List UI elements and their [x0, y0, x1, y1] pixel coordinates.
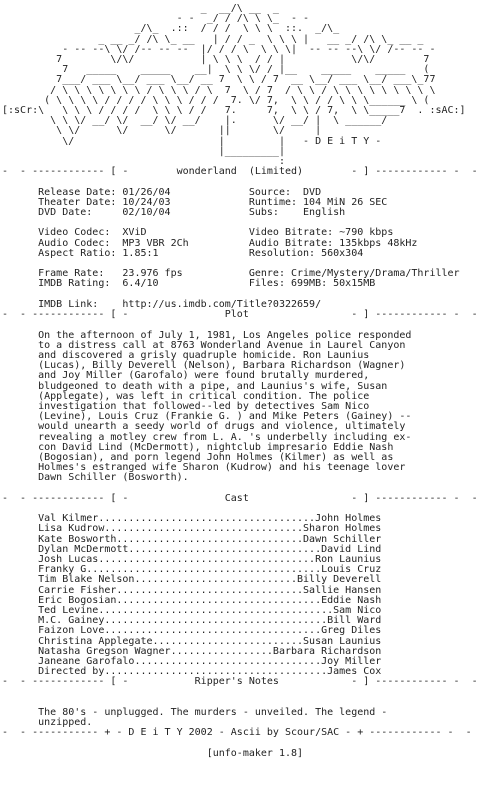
- nfo-document: _ __/\ __ _ - - _/ / /\ \ \_ - - _/\_ .:…: [0, 0, 477, 800]
- ascii-art-banner: _ __/\ __ _ - - _/ / /\ \ \_ - - _/\_ .:…: [2, 4, 477, 167]
- release-info: Release Date: 01/26/04 Source: DVD Theat…: [2, 177, 477, 310]
- notes-section-header: - - ------------ [ - Ripper's Notes - ] …: [2, 677, 477, 687]
- unfo-maker-version: [unfo-maker 1.8]: [2, 739, 477, 759]
- plot-section-header: - - ------------ [ - Plot - ] ----------…: [2, 310, 477, 320]
- plot-text: On the afternoon of July 1, 1981, Los An…: [2, 320, 477, 493]
- notes-text: The 80's - unplugged. The murders - unve…: [2, 688, 477, 729]
- cast-list: Val Kilmer..............................…: [2, 504, 477, 677]
- footer-credit-line: - - ----------- + - D E i T Y 2002 - Asc…: [2, 728, 477, 738]
- release-section-header: - - ------------ [ - wonderland (Limited…: [2, 167, 477, 177]
- cast-section-header: - - ------------ [ - Cast - ] ----------…: [2, 494, 477, 504]
